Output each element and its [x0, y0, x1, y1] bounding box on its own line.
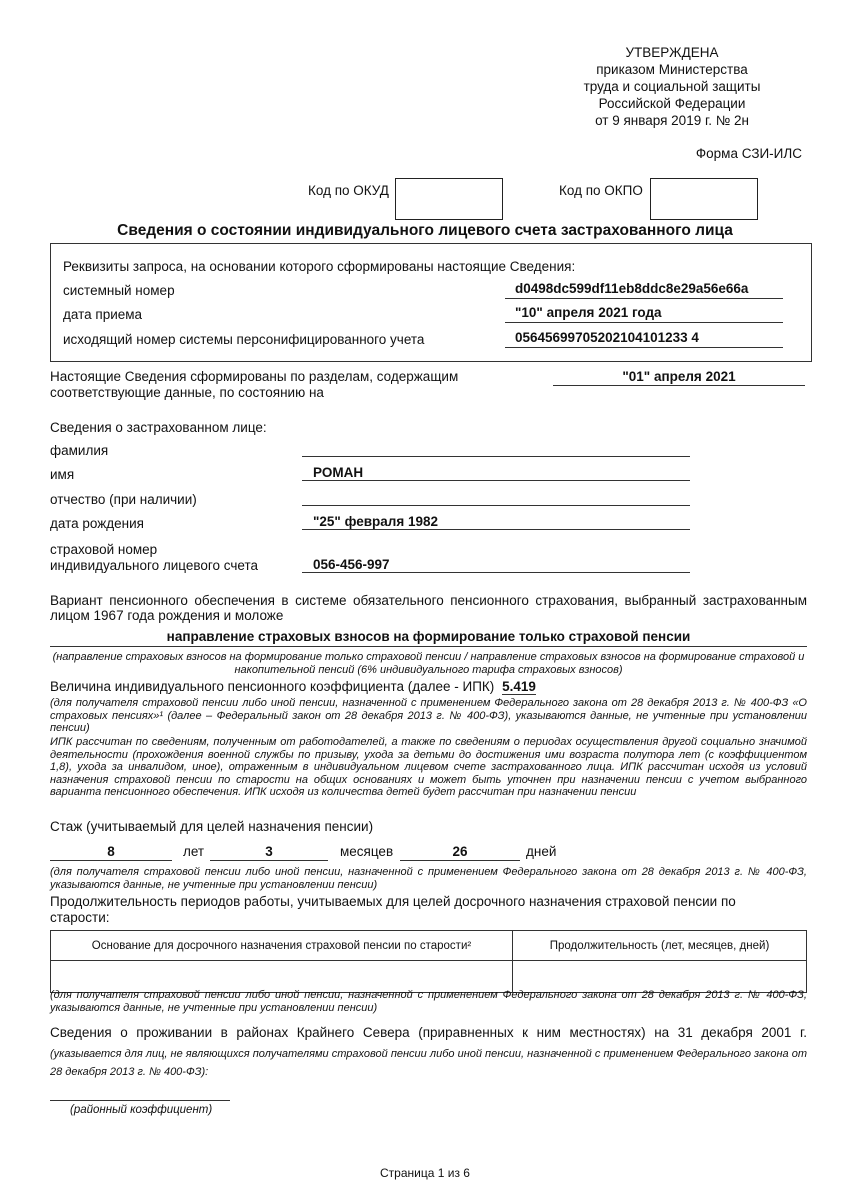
- cell-duration: [513, 961, 807, 993]
- approval-stamp: УТВЕРЖДЕНА приказом Министерства труда и…: [542, 44, 802, 129]
- request-heading: Реквизиты запроса, на основании которого…: [63, 259, 575, 274]
- column-header-basis: Основание для досрочного назначения стра…: [51, 931, 513, 961]
- approval-line: приказом Министерства: [542, 61, 802, 78]
- stazh-note: (для получателя страховой пенсии либо ин…: [50, 866, 807, 891]
- ipk-line: Величина индивидуального пенсионного коэ…: [50, 679, 536, 694]
- ipk-value: 5.419: [502, 679, 536, 695]
- approval-line: труда и социальной защиты: [542, 78, 802, 95]
- pension-option-text: Вариант пенсионного обеспечения в систем…: [50, 593, 807, 623]
- ipk-note: (для получателя страховой пенсии либо ин…: [50, 697, 807, 735]
- approval-line: Российской Федерации: [542, 95, 802, 112]
- name-label: имя: [50, 467, 74, 482]
- snils-label-line: страховой номер: [50, 542, 258, 558]
- early-label: Продолжительность периодов работы, учиты…: [50, 894, 780, 926]
- as-of-date: "01" апреля 2021: [553, 369, 805, 386]
- approval-line: от 9 января 2019 г. № 2н: [542, 112, 802, 129]
- birth-date-label: дата рождения: [50, 516, 144, 531]
- receipt-date-value: "10" апреля 2021 года: [505, 305, 783, 323]
- cell-basis: [51, 961, 513, 993]
- page-number: Страница 1 из 6: [0, 1166, 850, 1180]
- north-note: (указывается для лиц, не являющихся полу…: [50, 1045, 807, 1081]
- column-header-duration: Продолжительность (лет, месяцев, дней): [513, 931, 807, 961]
- stazh-years: 8: [50, 844, 172, 861]
- system-number-value: d0498dc599df11eb8ddc8e29a56e66a: [505, 281, 783, 299]
- pension-option-hint: (направление страховых взносов на формир…: [50, 651, 807, 676]
- table-row: [51, 961, 807, 993]
- snils-label: страховой номер индивидуального лицевого…: [50, 542, 258, 574]
- snils-label-line: индивидуального лицевого счета: [50, 558, 258, 574]
- district-coefficient-caption: (районный коэффициент): [70, 1104, 212, 1117]
- surname-label: фамилия: [50, 443, 108, 458]
- insured-heading: Сведения о застрахованном лице:: [50, 420, 267, 435]
- as-of-text: Настоящие Сведения сформированы по разде…: [50, 369, 490, 401]
- ipk-explanation: ИПК рассчитан по сведениям, полученным о…: [50, 736, 807, 799]
- receipt-date-label: дата приема: [63, 307, 142, 322]
- snils-value: 056-456-997: [302, 557, 690, 573]
- district-coefficient-value: [50, 1086, 230, 1101]
- form-code: Форма СЗИ-ИЛС: [696, 146, 802, 161]
- outgoing-number-value: 05645699705202104101233 4: [505, 330, 783, 348]
- stazh-months-unit: месяцев: [340, 844, 393, 859]
- stazh-label: Стаж (учитываемый для целей назначения п…: [50, 819, 373, 834]
- okud-field[interactable]: [395, 178, 503, 220]
- stazh-days: 26: [400, 844, 520, 861]
- okpo-label: Код по ОКПО: [559, 183, 643, 198]
- stazh-years-unit: лет: [183, 844, 204, 859]
- patronymic-value: [302, 490, 690, 506]
- document-title: Сведения о состоянии индивидуального лиц…: [0, 222, 850, 240]
- system-number-label: системный номер: [63, 283, 175, 298]
- name-value: РОМАН: [302, 465, 690, 481]
- okud-label: Код по ОКУД: [308, 183, 389, 198]
- okpo-field[interactable]: [650, 178, 758, 220]
- early-retirement-table: Основание для досрочного назначения стра…: [50, 930, 807, 993]
- birth-date-value: "25" февраля 1982: [302, 514, 690, 530]
- ipk-label: Величина индивидуального пенсионного коэ…: [50, 679, 494, 694]
- north-label: Сведения о проживании в районах Крайнего…: [50, 1025, 807, 1040]
- approval-line: УТВЕРЖДЕНА: [542, 44, 802, 61]
- stazh-months: 3: [210, 844, 328, 861]
- stazh-days-unit: дней: [526, 844, 556, 859]
- early-note: (для получателя страховой пенсии либо ин…: [50, 989, 807, 1014]
- surname-value: [302, 441, 690, 457]
- patronymic-label: отчество (при наличии): [50, 492, 197, 507]
- outgoing-number-label: исходящий номер системы персонифицирован…: [63, 332, 424, 347]
- pension-option-value: направление страховых взносов на формиро…: [50, 629, 807, 647]
